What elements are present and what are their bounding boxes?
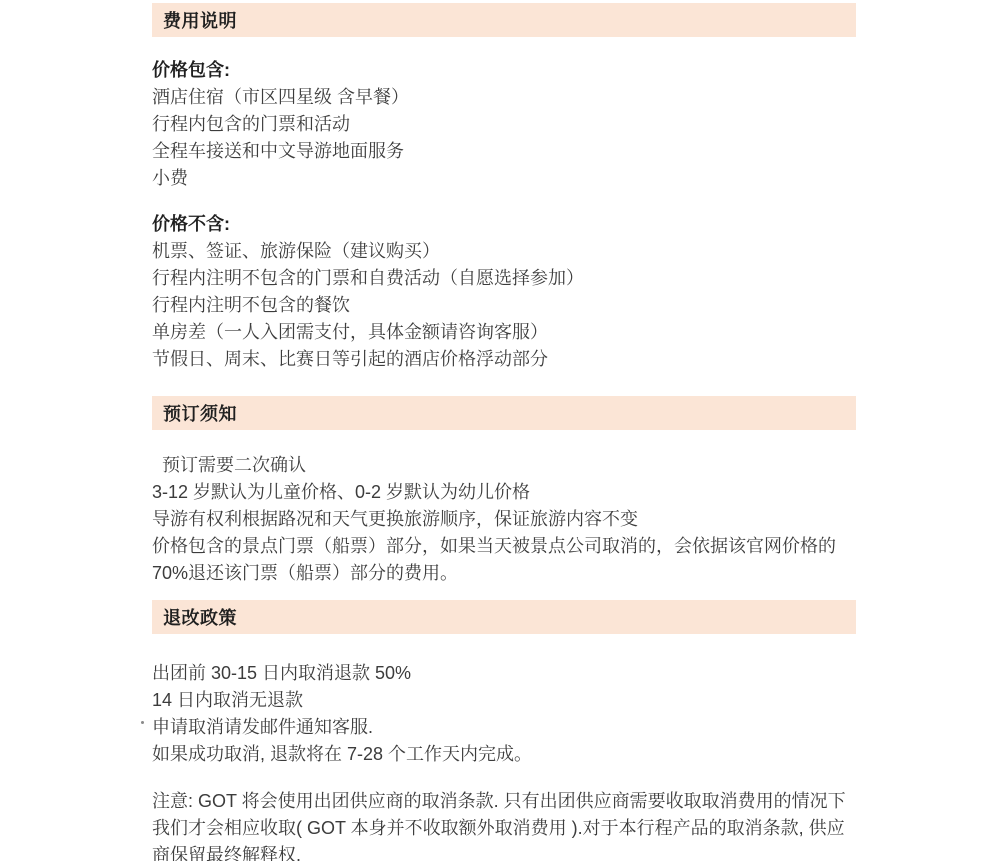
booking-note-line: 预订需要二次确认 — [152, 452, 856, 479]
booking-note-line: 价格包含的景点门票（船票）部分，如果当天被景点公司取消的，会依据该官网价格的 — [152, 533, 856, 560]
section-booking-notes: 预订须知 预订需要二次确认 3-12 岁默认为儿童价格、0-2 岁默认为幼儿价格… — [152, 396, 856, 587]
cancellation-note-line: 注意: GOT 将会使用出团供应商的取消条款. 只有出团供应商需要收取取消费用的… — [152, 788, 856, 815]
booking-note-line: 3-12 岁默认为儿童价格、0-2 岁默认为幼儿价格 — [152, 479, 856, 506]
price-include-item: 酒店住宿（市区四星级 含早餐） — [152, 84, 856, 111]
section-header-fees: 费用说明 — [152, 3, 856, 37]
price-excludes-block: 价格不含: 机票、签证、旅游保险（建议购买） 行程内注明不包含的门票和自费活动（… — [152, 211, 856, 373]
price-exclude-item: 节假日、周末、比赛日等引起的酒店价格浮动部分 — [152, 346, 856, 373]
cancellation-policy-line: 14 日内取消无退款 — [152, 687, 856, 714]
cancellation-note-block: 注意: GOT 将会使用出团供应商的取消条款. 只有出团供应商需要收取取消费用的… — [152, 788, 856, 861]
price-include-item: 小费 — [152, 165, 856, 192]
booking-note-line: 导游有权利根据路况和天气更换旅游顺序，保证旅游内容不变 — [152, 506, 856, 533]
price-exclude-item: 行程内注明不包含的餐饮 — [152, 292, 856, 319]
price-excludes-heading: 价格不含: — [152, 211, 856, 238]
cancellation-policy-line: 申请取消请发邮件通知客服. — [152, 714, 856, 741]
booking-notes-block: 预订需要二次确认 3-12 岁默认为儿童价格、0-2 岁默认为幼儿价格 导游有权… — [152, 452, 856, 587]
price-includes-heading: 价格包含: — [152, 57, 856, 84]
section-fees: 费用说明 价格包含: 酒店住宿（市区四星级 含早餐） 行程内包含的门票和活动 全… — [152, 3, 856, 373]
section-header-cancellation: 退改政策 — [152, 600, 856, 634]
cancellation-policy-line: 如果成功取消, 退款将在 7-28 个工作天内完成。 — [152, 741, 856, 768]
cancellation-note-line: 商保留最终解释权. — [152, 842, 856, 861]
price-includes-block: 价格包含: 酒店住宿（市区四星级 含早餐） 行程内包含的门票和活动 全程车接送和… — [152, 57, 856, 192]
booking-note-line: 70%退还该门票（船票）部分的费用。 — [152, 560, 856, 587]
price-include-item: 全程车接送和中文导游地面服务 — [152, 138, 856, 165]
section-header-booking: 预订须知 — [152, 396, 856, 430]
tour-info-page: 费用说明 价格包含: 酒店住宿（市区四星级 含早餐） 行程内包含的门票和活动 全… — [0, 0, 1000, 861]
section-title-cancellation: 退改政策 — [163, 604, 237, 630]
price-exclude-item: 行程内注明不包含的门票和自费活动（自愿选择参加） — [152, 265, 856, 292]
cancellation-policy-block: 出团前 30-15 日内取消退款 50% 14 日内取消无退款 申请取消请发邮件… — [152, 660, 856, 768]
section-cancellation-policy: 退改政策 出团前 30-15 日内取消退款 50% 14 日内取消无退款 申请取… — [152, 600, 856, 861]
cancellation-policy-line: 出团前 30-15 日内取消退款 50% — [152, 660, 856, 687]
stray-bullet-dot — [141, 721, 144, 724]
price-include-item: 行程内包含的门票和活动 — [152, 111, 856, 138]
price-exclude-item: 单房差（一人入团需支付，具体金额请咨询客服） — [152, 319, 856, 346]
section-title-fees: 费用说明 — [163, 7, 237, 33]
cancellation-note-line: 我们才会相应收取( GOT 本身并不收取额外取消费用 ).对于本行程产品的取消条… — [152, 815, 856, 842]
content-column: 费用说明 价格包含: 酒店住宿（市区四星级 含早餐） 行程内包含的门票和活动 全… — [152, 0, 856, 861]
price-exclude-item: 机票、签证、旅游保险（建议购买） — [152, 238, 856, 265]
section-title-booking: 预订须知 — [163, 400, 237, 426]
